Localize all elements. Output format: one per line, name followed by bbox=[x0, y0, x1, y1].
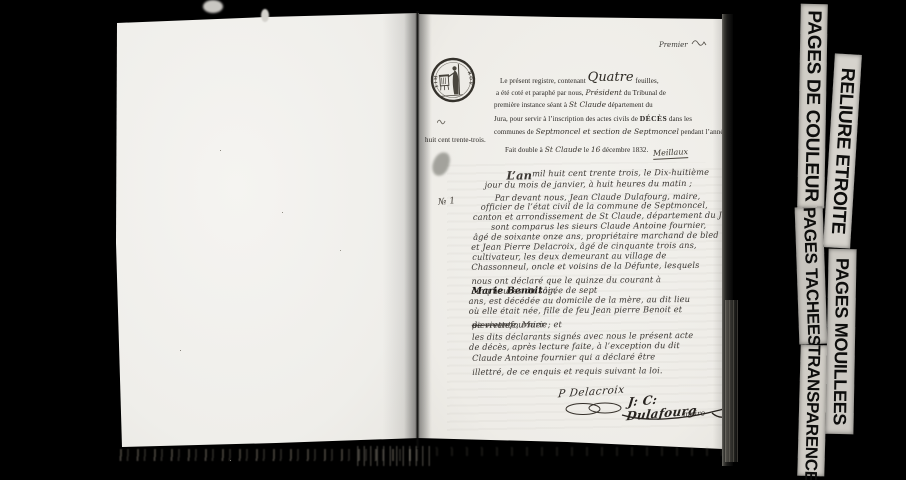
condition-strip-label: PAGES MOUILLEES bbox=[825, 249, 856, 434]
condition-strip-pages-mouillees: PAGES MOUILLEES bbox=[825, 249, 856, 434]
condition-strip-label: TRANSPARENCE bbox=[797, 345, 827, 477]
condition-strip-reliure-etroite: RELIURE ETROITE bbox=[823, 53, 862, 248]
digitized-register-scan: Premier TIMBRE ROYAL bbox=[0, 0, 906, 480]
condition-strip-transparence: TRANSPARENCE bbox=[797, 345, 827, 477]
condition-strip-label: PAGES TACHEES bbox=[795, 207, 828, 345]
page-block-edge bbox=[725, 300, 738, 462]
condition-strip-label: PAGES DE COULEUR bbox=[797, 4, 828, 208]
binding-gutter bbox=[404, 11, 431, 448]
condition-strip-pages-de-couleur: PAGES DE COULEUR bbox=[797, 4, 828, 208]
bottom-edge-texture bbox=[430, 447, 722, 456]
paper-specks bbox=[220, 150, 221, 151]
page-edge-ticks bbox=[352, 446, 430, 466]
right-page: Premier TIMBRE ROYAL bbox=[417, 12, 725, 450]
condition-strip-pages-tachees: PAGES TACHEES bbox=[795, 207, 828, 345]
signature-flourish bbox=[563, 400, 627, 418]
condition-strip-label: RELIURE ETROITE bbox=[823, 53, 862, 248]
mayor-title: maire bbox=[683, 408, 705, 418]
paper-fragment bbox=[203, 0, 223, 13]
left-page-blank bbox=[116, 13, 419, 449]
paper-fragment bbox=[261, 9, 269, 22]
